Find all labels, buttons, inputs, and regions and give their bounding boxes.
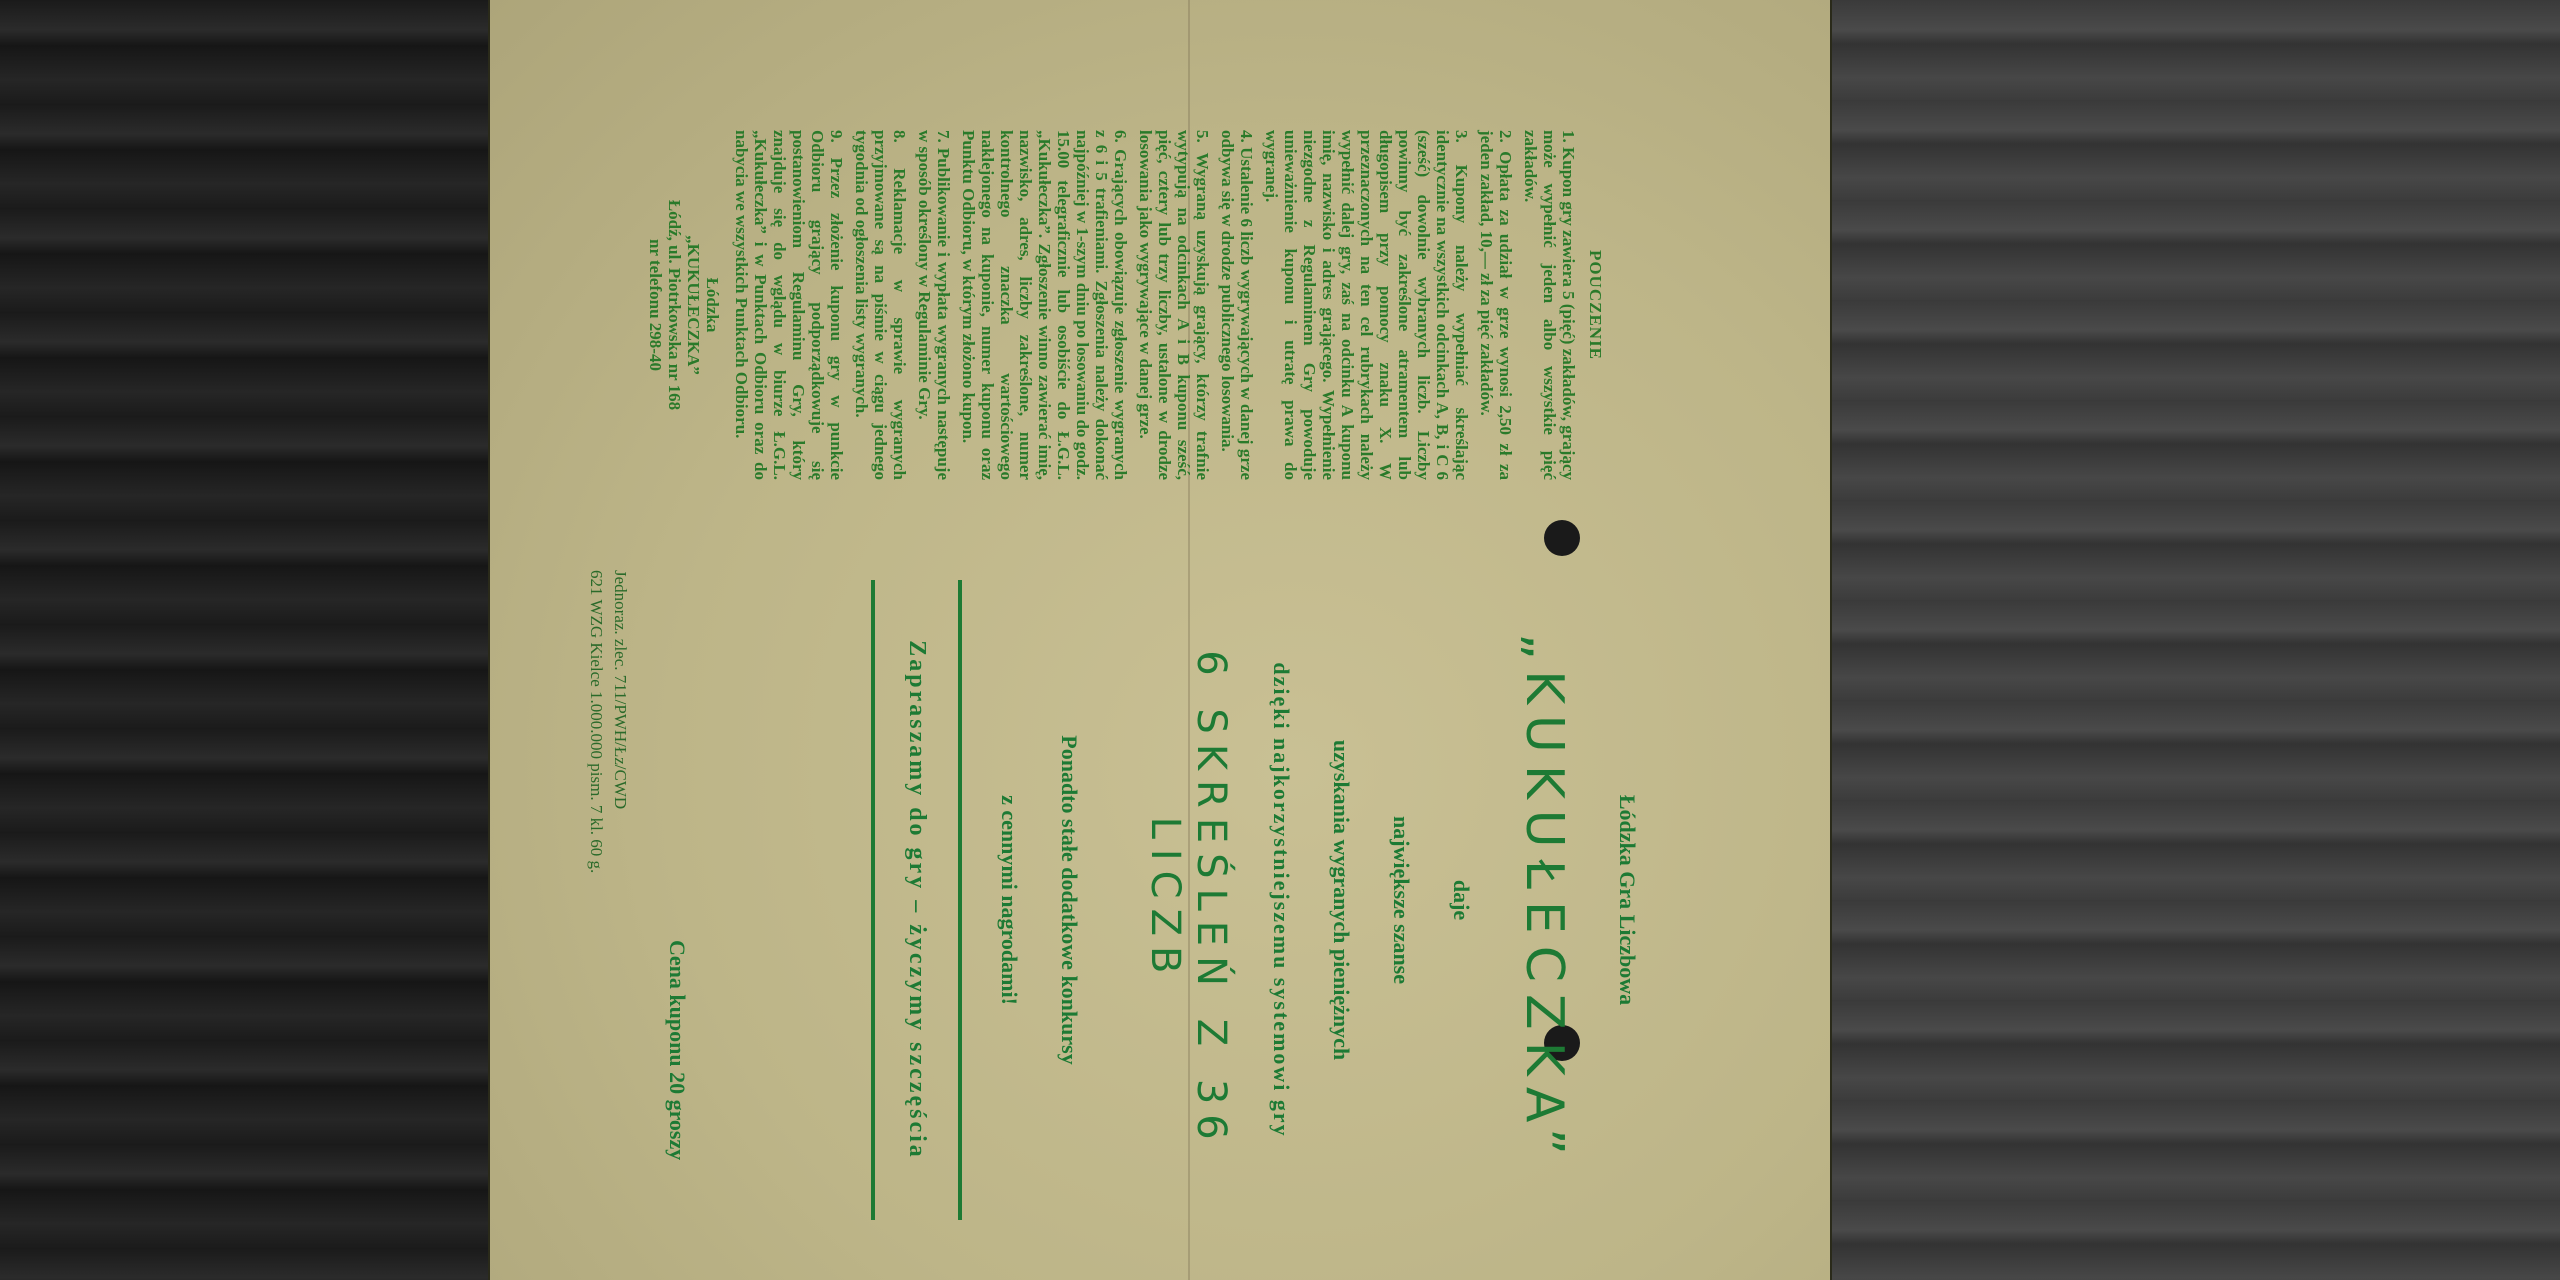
game-rule-headline: 6 SKREŚLEŃ Z 36 LICZB bbox=[1142, 560, 1234, 1240]
instruction-item: 9. Przez złożenie kuponu gry w punkcie O… bbox=[732, 130, 846, 480]
printer-imprint: Jednoraz. zlec. 711/PWH/Łz/CWD 621 WZG K… bbox=[584, 570, 632, 873]
instruction-item: 7. Publikowanie i wypłata wygranych nast… bbox=[915, 130, 953, 480]
fabric-background-right bbox=[1830, 0, 2560, 1280]
divider-line bbox=[958, 580, 962, 1220]
instructions-heading: POUCZENIE bbox=[1586, 130, 1605, 480]
divider-line bbox=[871, 580, 875, 1220]
instruction-item: 6. Grających obowiązuje zgłoszenie wygra… bbox=[959, 130, 1130, 480]
instruction-item: 8. Reklamacje w sprawie wygranych przyjm… bbox=[852, 130, 909, 480]
promo-line: Ponadto stałe dodatkowe konkursy bbox=[1056, 560, 1082, 1240]
instruction-item: 5. Wygraną uzyskują grający, którzy traf… bbox=[1136, 130, 1212, 480]
promo-line: z cennymi nagrodami! bbox=[996, 560, 1022, 1240]
instruction-item: 4. Ustalenie 6 liczb wygrywających w dan… bbox=[1218, 130, 1256, 480]
coupon-price: Cena kuponu 20 groszy bbox=[664, 940, 690, 1160]
coupon-leaflet: POUCZENIE 1. Kupon gry zawiera 5 (pięć) … bbox=[490, 0, 1830, 1280]
promo-line: dzięki najkorzystniejszemu systemowi gry bbox=[1268, 560, 1294, 1240]
punch-hole bbox=[1544, 520, 1580, 556]
promo-column: Łódzka Gra Liczbowa „KUKUŁECZKA” daje na… bbox=[871, 560, 1640, 1240]
promo-line: uzyskania wygranych pieniężnych bbox=[1328, 560, 1354, 1240]
promo-line: największe szanse bbox=[1388, 560, 1414, 1240]
invitation-text: Zapraszamy do gry – życzymy szczęścia bbox=[903, 560, 930, 1240]
instruction-item: 3. Kupony należy wypełniać skreślając id… bbox=[1262, 130, 1471, 480]
instruction-item: 2. Opłata za udział w grze wynosi 2,50 z… bbox=[1477, 130, 1515, 480]
issuer-address: Łódzka „KUKUŁECZKA” Łódź, ul. Piotrkowsk… bbox=[646, 130, 722, 480]
instruction-item: 1. Kupon gry zawiera 5 (pięć) zakładów, … bbox=[1521, 130, 1578, 480]
instructions-column: POUCZENIE 1. Kupon gry zawiera 5 (pięć) … bbox=[646, 130, 1605, 480]
game-title: „KUKUŁECZKA” bbox=[1514, 560, 1574, 1240]
promo-line: daje bbox=[1448, 560, 1474, 1240]
organization-name: Łódzka Gra Liczbowa bbox=[1614, 560, 1640, 1240]
fabric-background-left bbox=[0, 0, 495, 1280]
